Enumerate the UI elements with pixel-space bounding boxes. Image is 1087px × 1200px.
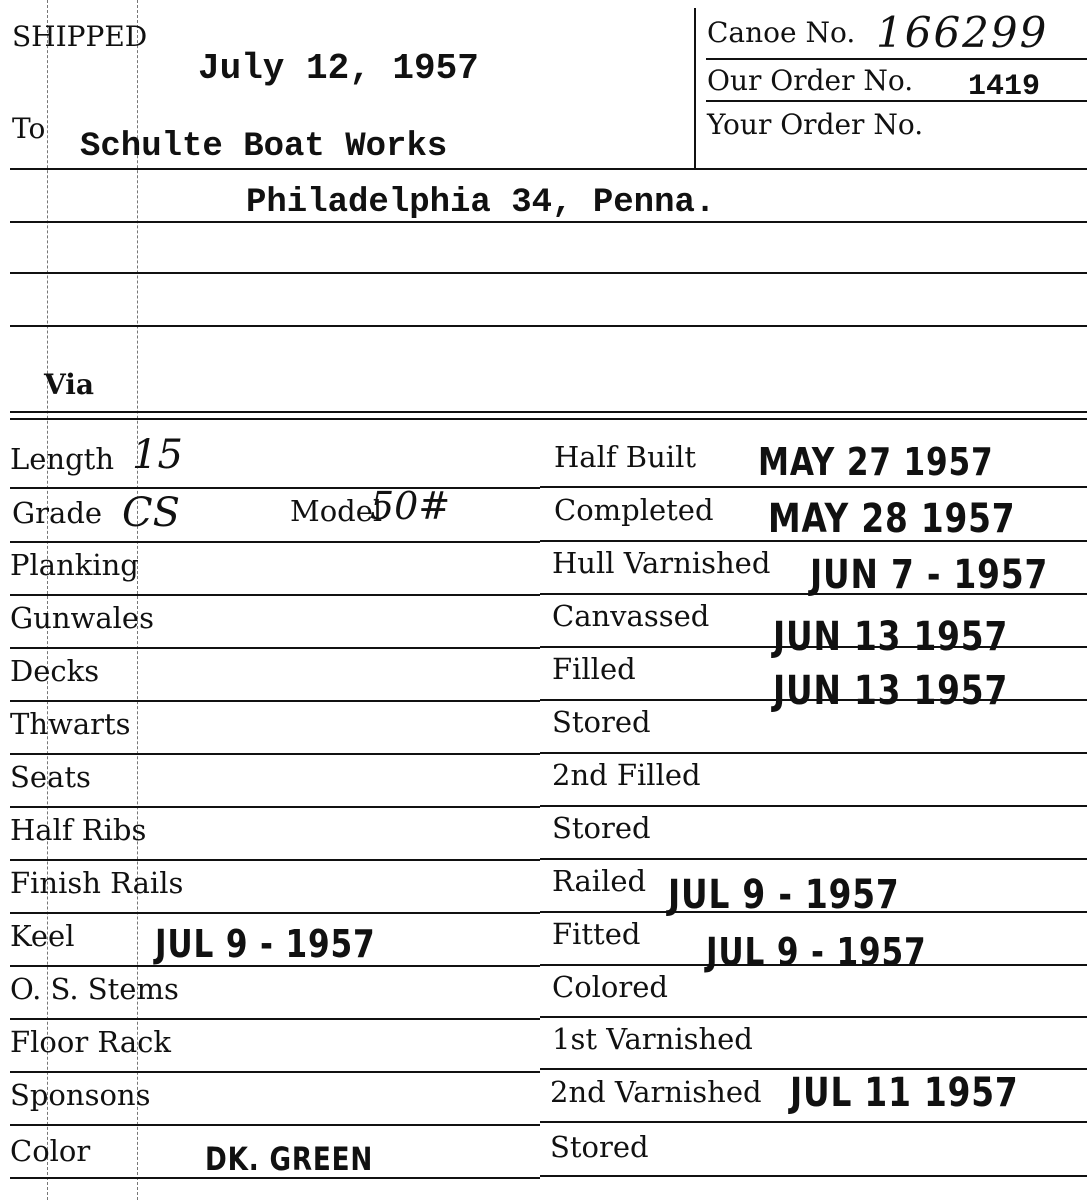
grade-value: CS [122,490,180,536]
canoe-no-label: Canoe No. [707,16,855,49]
length-value: 15 [132,432,183,478]
canoe-no-value: 166299 [876,8,1048,57]
row-line [540,593,1087,595]
progress-label: Completed [554,493,714,527]
row-line [10,912,540,914]
row-line [540,1121,1087,1123]
row-line [540,752,1087,754]
progress-label: Stored [552,705,651,739]
via-double-line-top [10,411,1087,413]
progress-date: MAY 27 1957 [758,440,994,484]
address-line-2 [10,221,1087,223]
address-line-3 [10,272,1087,274]
progress-label: 2nd Varnished [550,1075,762,1109]
spec-label: O. S. Stems [10,972,179,1006]
row-line [10,700,540,702]
via-label: Via [44,368,94,401]
progress-label: Stored [552,811,651,845]
canoe-no-underline [706,58,1087,60]
progress-date: JUN 13 1957 [773,668,1008,714]
progress-date: JUL 11 1957 [790,1070,1019,1116]
address-line-4 [10,325,1087,327]
row-line [10,753,540,755]
row-line [540,486,1087,488]
spec-label: Thwarts [10,707,131,741]
row-line [540,646,1087,648]
row-line [10,965,540,967]
our-order-value: 1419 [968,70,1040,104]
progress-label: 2nd Filled [552,758,701,792]
your-order-label: Your Order No. [707,108,923,141]
margin-guide-line [47,0,48,1200]
row-line [10,1071,540,1073]
grade-label: Grade [12,496,102,530]
shipped-date: July 12, 1957 [198,48,479,89]
margin-guide-line [137,0,138,1200]
via-double-line-bottom [10,418,1087,420]
shipped-label: SHIPPED [12,20,147,53]
spec-value: DK. GREEN [205,1140,373,1178]
model-value: 50# [370,484,450,528]
progress-label: Railed [552,864,646,898]
row-line [540,911,1087,913]
address-line-1 [10,168,1087,170]
spec-label: Half Ribs [10,813,146,847]
recipient-name: Schulte Boat Works [80,128,447,166]
to-label: To [12,112,45,145]
row-line [10,541,540,543]
spec-label: Color [10,1134,90,1168]
spec-label: Decks [10,654,99,688]
progress-label: Half Built [554,440,696,474]
spec-value: JUL 9 - 1957 [155,922,375,966]
row-line [10,487,540,489]
row-line [10,806,540,808]
progress-label: Colored [552,970,668,1004]
progress-date: JUN 13 1957 [773,614,1008,660]
row-line [10,1177,540,1179]
spec-label: Finish Rails [10,866,183,900]
row-line [10,1124,540,1126]
row-line [10,859,540,861]
length-label: Length [10,442,114,476]
spec-label: Keel [10,919,75,953]
order-box-divider [694,8,696,168]
progress-date: MAY 28 1957 [768,496,1015,542]
row-line [540,1016,1087,1018]
row-line [540,540,1087,542]
progress-label: 1st Varnished [552,1022,753,1056]
row-line [540,858,1087,860]
recipient-address: Philadelphia 34, Penna. [246,184,715,222]
row-line [540,699,1087,701]
our-order-underline [706,100,1087,102]
spec-label: Gunwales [10,601,154,635]
row-line [540,964,1087,966]
our-order-label: Our Order No. [707,64,913,97]
progress-label: Filled [552,652,636,686]
progress-date: JUL 9 - 1957 [706,930,926,974]
row-line [10,1018,540,1020]
progress-label: Hull Varnished [552,546,770,580]
row-line [540,1175,1087,1177]
model-label: Model [290,494,382,528]
spec-label: Floor Rack [10,1025,171,1059]
spec-label: Sponsons [10,1078,150,1112]
row-line [540,805,1087,807]
row-line [10,594,540,596]
spec-label: Seats [10,760,91,794]
progress-label: Fitted [552,917,640,951]
spec-label: Planking [10,548,139,582]
row-line [10,647,540,649]
progress-label: Stored [550,1130,649,1164]
progress-label: Canvassed [552,599,709,633]
progress-date: JUN 7 - 1957 [810,552,1048,598]
